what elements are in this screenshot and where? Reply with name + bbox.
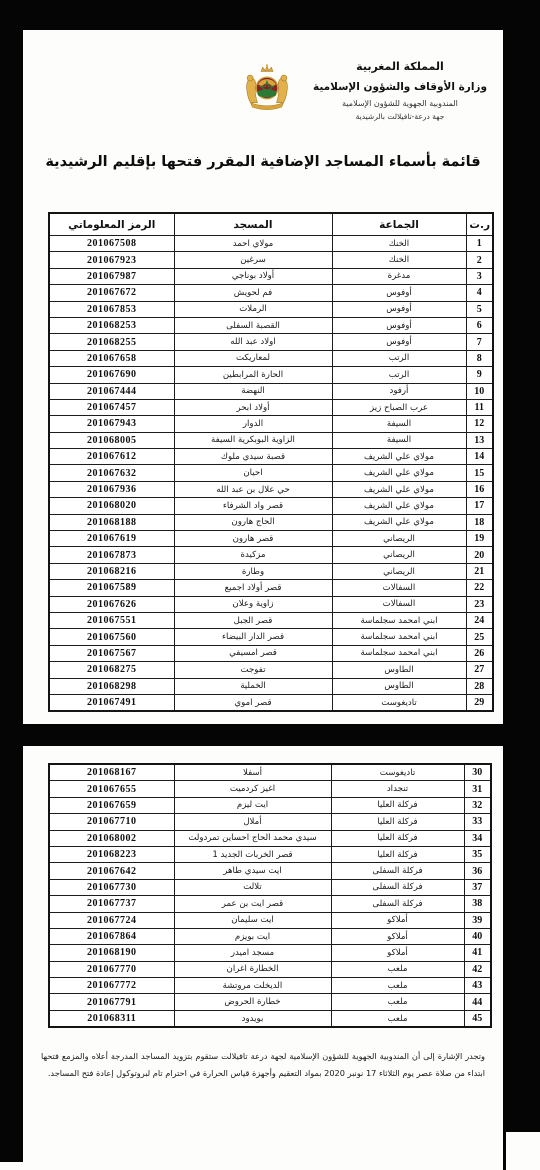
column-header-commune: الجماعة bbox=[332, 213, 466, 236]
commune-name: السفالات bbox=[332, 596, 466, 612]
commune-name: أملاكو bbox=[331, 912, 464, 928]
commune-name: السيفة bbox=[332, 432, 466, 448]
mosque-name: ايت ليزم bbox=[174, 797, 331, 813]
table-row: 20الريصانيمزكيدة201067873 bbox=[49, 547, 493, 563]
mosque-name: القصبة السفلى bbox=[174, 317, 332, 333]
commune-name: أملاكو bbox=[331, 928, 464, 944]
commune-name: مولاي علي الشريف bbox=[332, 465, 466, 481]
mosque-code: 201068190 bbox=[49, 945, 174, 961]
mosque-code: 201067655 bbox=[49, 781, 174, 797]
table-row: 17مولاي علي الشريفقصر واد الشرفاء2010680… bbox=[49, 498, 493, 514]
photo-background-corner bbox=[0, 1162, 23, 1170]
table-row: 21الريصانيوطارة201068216 bbox=[49, 563, 493, 579]
mosque-name: قصر الدار البيضاء bbox=[174, 629, 332, 645]
row-index: 27 bbox=[466, 662, 493, 678]
region-name: جهة درعة-تافيلالت بالرشيدية bbox=[291, 112, 509, 121]
row-index: 43 bbox=[464, 978, 491, 994]
mosque-name: حي علال بن عبد الله bbox=[174, 481, 332, 497]
table-row: 27الطاوستفوجت201068275 bbox=[49, 662, 493, 678]
row-index: 30 bbox=[464, 764, 491, 781]
mosque-name: أسفلا bbox=[174, 764, 331, 781]
commune-name: الريصاني bbox=[332, 531, 466, 547]
table-row: 45ملعببويدود201068311 bbox=[49, 1010, 491, 1027]
commune-name: ابني امحمد سجلماسة bbox=[332, 629, 466, 645]
commune-name: الخنك bbox=[332, 252, 466, 268]
row-index: 12 bbox=[466, 416, 493, 432]
mosque-code: 201068253 bbox=[49, 317, 174, 333]
table-row: 2الخنكسرغين201067923 bbox=[49, 252, 493, 268]
commune-name: أوفوس bbox=[332, 285, 466, 301]
row-index: 35 bbox=[464, 846, 491, 862]
mosque-code: 201067612 bbox=[49, 449, 174, 465]
mosque-name: قصر ايت بن عمر bbox=[174, 896, 331, 912]
table-row: 43ملعبالديخلت مروتشة201067772 bbox=[49, 978, 491, 994]
row-index: 38 bbox=[464, 896, 491, 912]
mosque-code: 201068188 bbox=[49, 514, 174, 530]
table-row: 13السيفةالزاوية البوبكرية السيفة20106800… bbox=[49, 432, 493, 448]
commune-name: ملعب bbox=[331, 1010, 464, 1027]
footnote-paragraph: وتجدر الإشارة إلى أن المندوبية الجهوية ل… bbox=[41, 1048, 485, 1082]
mosque-code: 201068298 bbox=[49, 678, 174, 694]
row-index: 44 bbox=[464, 994, 491, 1010]
document-page-1: المملكة المغربية وزارة الأوقاف والشؤون ا… bbox=[23, 30, 503, 724]
commune-name: فركلة السفلى bbox=[331, 879, 464, 895]
mosque-code: 201068020 bbox=[49, 498, 174, 514]
mosque-name: تفوجت bbox=[174, 662, 332, 678]
table-row: 29تاديغوستقصر اموي201067491 bbox=[49, 694, 493, 711]
row-index: 25 bbox=[466, 629, 493, 645]
mosque-name: الزاوية البوبكرية السيفة bbox=[174, 432, 332, 448]
mosque-code: 201067864 bbox=[49, 928, 174, 944]
mosque-code: 201067589 bbox=[49, 580, 174, 596]
mosques-table-page2: 30تاديغوستأسفلا20106816731تنجداداغيز كرد… bbox=[48, 763, 492, 1028]
row-index: 17 bbox=[466, 498, 493, 514]
column-header-index: ر.ت bbox=[466, 213, 493, 236]
mosque-code: 201067626 bbox=[49, 596, 174, 612]
ministry-name: وزارة الأوقاف والشؤون الإسلامية bbox=[291, 81, 509, 93]
row-index: 14 bbox=[466, 449, 493, 465]
table-row: 34فركلة العلياسيدي محمد الحاج احساين تمر… bbox=[49, 830, 491, 846]
row-index: 31 bbox=[464, 781, 491, 797]
commune-name: ابني امحمد سجلماسة bbox=[332, 645, 466, 661]
mosque-code: 201067772 bbox=[49, 978, 174, 994]
table-row: 11عرب الصباح زيزأولاد ابحر201067457 bbox=[49, 399, 493, 415]
row-index: 4 bbox=[466, 285, 493, 301]
mosque-code: 201067672 bbox=[49, 285, 174, 301]
table-row: 42ملعبالخطارة اغران201067770 bbox=[49, 961, 491, 977]
mosque-name: الدوار bbox=[174, 416, 332, 432]
letterhead: المملكة المغربية وزارة الأوقاف والشؤون ا… bbox=[291, 60, 509, 121]
mosque-name: الرملات bbox=[174, 301, 332, 317]
commune-name: الريصاني bbox=[332, 563, 466, 579]
commune-name: فركلة السفلى bbox=[331, 863, 464, 879]
scanned-document-photo: المملكة المغربية وزارة الأوقاف والشؤون ا… bbox=[0, 0, 540, 1170]
mosque-code: 201068275 bbox=[49, 662, 174, 678]
mosque-code: 201068216 bbox=[49, 563, 174, 579]
mosque-name: وطارة bbox=[174, 563, 332, 579]
commune-name: فركلة السفلى bbox=[331, 896, 464, 912]
mosque-name: ايت سيدي طاهر bbox=[174, 863, 331, 879]
row-index: 23 bbox=[466, 596, 493, 612]
mosque-code: 201067724 bbox=[49, 912, 174, 928]
row-index: 16 bbox=[466, 481, 493, 497]
mosque-name: ايت سليمان bbox=[174, 912, 331, 928]
column-header-code: الرمز المعلوماتي bbox=[49, 213, 174, 236]
commune-name: الطاوس bbox=[332, 678, 466, 694]
table-row: 25ابني امحمد سجلماسةقصر الدار البيضاء201… bbox=[49, 629, 493, 645]
row-index: 9 bbox=[466, 367, 493, 383]
commune-name: تنجداد bbox=[331, 781, 464, 797]
commune-name: فركلة العليا bbox=[331, 846, 464, 862]
table-row: 24ابني امحمد سجلماسةقصر الجبل201067551 bbox=[49, 612, 493, 628]
mosque-name: اغيز كردميت bbox=[174, 781, 331, 797]
table-row: 38فركلة السفلىقصر ايت بن عمر201067737 bbox=[49, 896, 491, 912]
column-header-mosque: المسجد bbox=[174, 213, 332, 236]
mosque-code: 201067619 bbox=[49, 531, 174, 547]
table-row: 19الريصانيقصر هارون201067619 bbox=[49, 531, 493, 547]
mosque-name: بويدود bbox=[174, 1010, 331, 1027]
delegation-name: المندوبية الجهوية للشؤون الإسلامية bbox=[291, 99, 509, 108]
moroccan-coat-of-arms-icon bbox=[241, 63, 293, 113]
mosque-code: 201067936 bbox=[49, 481, 174, 497]
commune-name: أملاكو bbox=[331, 945, 464, 961]
row-index: 41 bbox=[464, 945, 491, 961]
commune-name: الريصاني bbox=[332, 547, 466, 563]
commune-name: السفالات bbox=[332, 580, 466, 596]
mosques-table-page1: ر.ت الجماعة المسجد الرمز المعلوماتي 1الخ… bbox=[48, 212, 494, 712]
row-index: 18 bbox=[466, 514, 493, 530]
table-row: 18مولاي علي الشريفالحاج هارون201068188 bbox=[49, 514, 493, 530]
commune-name: مدغرة bbox=[332, 268, 466, 284]
table-row: 37فركلة السفلىتلالت201067730 bbox=[49, 879, 491, 895]
mosque-code: 201068311 bbox=[49, 1010, 174, 1027]
commune-name: مولاي علي الشريف bbox=[332, 449, 466, 465]
row-index: 45 bbox=[464, 1010, 491, 1027]
mosque-code: 201067853 bbox=[49, 301, 174, 317]
mosque-name: قصر واد الشرفاء bbox=[174, 498, 332, 514]
mosque-code: 201067551 bbox=[49, 612, 174, 628]
mosque-code: 201067560 bbox=[49, 629, 174, 645]
row-index: 32 bbox=[464, 797, 491, 813]
mosque-name: قصر هارون bbox=[174, 531, 332, 547]
row-index: 1 bbox=[466, 236, 493, 252]
table-row: 6أوفوسالقصبة السفلى201068253 bbox=[49, 317, 493, 333]
mosque-name: مسجد اميدر bbox=[174, 945, 331, 961]
commune-name: أوفوس bbox=[332, 317, 466, 333]
commune-name: أوفوس bbox=[332, 301, 466, 317]
mosque-code: 201067457 bbox=[49, 399, 174, 415]
commune-name: فركلة العليا bbox=[331, 797, 464, 813]
mosque-code: 201067873 bbox=[49, 547, 174, 563]
row-index: 21 bbox=[466, 563, 493, 579]
mosque-name: الخطارة اغران bbox=[174, 961, 331, 977]
table-row: 39أملاكوايت سليمان201067724 bbox=[49, 912, 491, 928]
mosque-code: 201067642 bbox=[49, 863, 174, 879]
mosque-code: 201067791 bbox=[49, 994, 174, 1010]
commune-name: ملعب bbox=[331, 994, 464, 1010]
table-row: 31تنجداداغيز كردميت201067655 bbox=[49, 781, 491, 797]
row-index: 36 bbox=[464, 863, 491, 879]
mosque-name: سرغين bbox=[174, 252, 332, 268]
commune-name: فركلة العليا bbox=[331, 814, 464, 830]
mosque-code: 201067770 bbox=[49, 961, 174, 977]
mosque-name: قصبة سيدي ملوك bbox=[174, 449, 332, 465]
commune-name: السيفة bbox=[332, 416, 466, 432]
row-index: 26 bbox=[466, 645, 493, 661]
commune-name: الرتب bbox=[332, 350, 466, 366]
table-row: 41أملاكومسجد اميدر201068190 bbox=[49, 945, 491, 961]
mosque-name: الحاج هارون bbox=[174, 514, 332, 530]
row-index: 7 bbox=[466, 334, 493, 350]
table-row: 16مولاي علي الشريفحي علال بن عبد الله201… bbox=[49, 481, 493, 497]
table-row: 36فركلة السفلىايت سيدي طاهر201067642 bbox=[49, 863, 491, 879]
row-index: 42 bbox=[464, 961, 491, 977]
table-row: 35فركلة العلياقصر الخربات الجديد 1201068… bbox=[49, 846, 491, 862]
table-row: 32فركلة العلياايت ليزم201067659 bbox=[49, 797, 491, 813]
mosque-code: 201068255 bbox=[49, 334, 174, 350]
row-index: 28 bbox=[466, 678, 493, 694]
mosque-name: اولاد عبد الله bbox=[174, 334, 332, 350]
mosque-name: فم لحويش bbox=[174, 285, 332, 301]
mosque-code: 201068005 bbox=[49, 432, 174, 448]
mosque-name: احيان bbox=[174, 465, 332, 481]
table-row: 10أرفودالنهضة201067444 bbox=[49, 383, 493, 399]
commune-name: الطاوس bbox=[332, 662, 466, 678]
mosque-name: الخملية bbox=[174, 678, 332, 694]
row-index: 15 bbox=[466, 465, 493, 481]
mosque-name: سيدي محمد الحاج احساين تمردولت bbox=[174, 830, 331, 846]
mosque-code: 201067730 bbox=[49, 879, 174, 895]
commune-name: تاديغوست bbox=[331, 764, 464, 781]
commune-name: مولاي علي الشريف bbox=[332, 514, 466, 530]
table-row: 23السفالاتزاوية وعلان201067626 bbox=[49, 596, 493, 612]
table-row: 4أوفوسفم لحويش201067672 bbox=[49, 285, 493, 301]
document-page-2: 30تاديغوستأسفلا20106816731تنجداداغيز كرد… bbox=[23, 746, 503, 1170]
table-row: 28الطاوسالخملية201068298 bbox=[49, 678, 493, 694]
mosque-name: أولاد ابحر bbox=[174, 399, 332, 415]
row-index: 40 bbox=[464, 928, 491, 944]
commune-name: الرتب bbox=[332, 367, 466, 383]
mosque-name: مولاي احمد bbox=[174, 236, 332, 252]
row-index: 2 bbox=[466, 252, 493, 268]
commune-name: عرب الصباح زيز bbox=[332, 399, 466, 415]
row-index: 33 bbox=[464, 814, 491, 830]
table-row: 8الرتبلمعاريكت201067658 bbox=[49, 350, 493, 366]
mosque-code: 201067567 bbox=[49, 645, 174, 661]
mosque-name: قصر أولاد اجميع bbox=[174, 580, 332, 596]
row-index: 29 bbox=[466, 694, 493, 711]
mosque-name: قصر اموي bbox=[174, 694, 332, 711]
row-index: 24 bbox=[466, 612, 493, 628]
mosque-code: 201068223 bbox=[49, 846, 174, 862]
commune-name: أوفوس bbox=[332, 334, 466, 350]
mosque-name: قصر امسيفي bbox=[174, 645, 332, 661]
mosque-name: النهضة bbox=[174, 383, 332, 399]
mosque-name: قصر الجبل bbox=[174, 612, 332, 628]
mosque-code: 201067943 bbox=[49, 416, 174, 432]
mosque-code: 201068002 bbox=[49, 830, 174, 846]
mosque-name: قصر الخربات الجديد 1 bbox=[174, 846, 331, 862]
row-index: 37 bbox=[464, 879, 491, 895]
mosque-code: 201067923 bbox=[49, 252, 174, 268]
mosque-name: تلالت bbox=[174, 879, 331, 895]
photo-background-corner bbox=[506, 1132, 540, 1170]
mosque-name: لمعاريكت bbox=[174, 350, 332, 366]
mosque-name: ايت بويزم bbox=[174, 928, 331, 944]
table-row: 5أوفوسالرملات201067853 bbox=[49, 301, 493, 317]
mosque-code: 201067710 bbox=[49, 814, 174, 830]
table-row: 30تاديغوستأسفلا201068167 bbox=[49, 764, 491, 781]
commune-name: فركلة العليا bbox=[331, 830, 464, 846]
mosque-code: 201067444 bbox=[49, 383, 174, 399]
mosque-code: 201067491 bbox=[49, 694, 174, 711]
mosque-name: زاوية وعلان bbox=[174, 596, 332, 612]
mosque-name: الديخلت مروتشة bbox=[174, 978, 331, 994]
row-index: 20 bbox=[466, 547, 493, 563]
table-row: 1الخنكمولاي احمد201067508 bbox=[49, 236, 493, 252]
table-row: 26ابني امحمد سجلماسةقصر امسيفي201067567 bbox=[49, 645, 493, 661]
table-row: 9الرتبالحارة المرابطين201067690 bbox=[49, 367, 493, 383]
mosque-code: 201067632 bbox=[49, 465, 174, 481]
table-row: 40أملاكوايت بويزم201067864 bbox=[49, 928, 491, 944]
row-index: 22 bbox=[466, 580, 493, 596]
row-index: 34 bbox=[464, 830, 491, 846]
table-row: 44ملعبخطارة الحروض201067791 bbox=[49, 994, 491, 1010]
commune-name: ابني امحمد سجلماسة bbox=[332, 612, 466, 628]
row-index: 6 bbox=[466, 317, 493, 333]
mosque-name: أملال bbox=[174, 814, 331, 830]
commune-name: ملعب bbox=[331, 961, 464, 977]
commune-name: أرفود bbox=[332, 383, 466, 399]
mosque-name: مزكيدة bbox=[174, 547, 332, 563]
row-index: 11 bbox=[466, 399, 493, 415]
row-index: 10 bbox=[466, 383, 493, 399]
commune-name: ملعب bbox=[331, 978, 464, 994]
table-row: 22السفالاتقصر أولاد اجميع201067589 bbox=[49, 580, 493, 596]
document-title: قائمة بأسماء المساجد الإضافية المقرر فتح… bbox=[33, 154, 493, 170]
mosque-name: خطارة الحروض bbox=[174, 994, 331, 1010]
mosque-name: أولاد بوناجي bbox=[174, 268, 332, 284]
table-row: 15مولاي علي الشريفاحيان201067632 bbox=[49, 465, 493, 481]
row-index: 13 bbox=[466, 432, 493, 448]
mosque-code: 201067659 bbox=[49, 797, 174, 813]
mosque-code: 201067987 bbox=[49, 268, 174, 284]
mosque-code: 201067690 bbox=[49, 367, 174, 383]
table-row: 7أوفوساولاد عبد الله201068255 bbox=[49, 334, 493, 350]
row-index: 5 bbox=[466, 301, 493, 317]
mosque-name: الحارة المرابطين bbox=[174, 367, 332, 383]
table-row: 3مدغرةأولاد بوناجي201067987 bbox=[49, 268, 493, 284]
row-index: 3 bbox=[466, 268, 493, 284]
commune-name: تاديغوست bbox=[332, 694, 466, 711]
table-row: 12السيفةالدوار201067943 bbox=[49, 416, 493, 432]
table-row: 33فركلة العلياأملال201067710 bbox=[49, 814, 491, 830]
commune-name: مولاي علي الشريف bbox=[332, 498, 466, 514]
mosque-code: 201068167 bbox=[49, 764, 174, 781]
row-index: 19 bbox=[466, 531, 493, 547]
table-header-row: ر.ت الجماعة المسجد الرمز المعلوماتي bbox=[49, 213, 493, 236]
mosque-code: 201067658 bbox=[49, 350, 174, 366]
table-row: 14مولاي علي الشريفقصبة سيدي ملوك20106761… bbox=[49, 449, 493, 465]
commune-name: الخنك bbox=[332, 236, 466, 252]
row-index: 39 bbox=[464, 912, 491, 928]
commune-name: مولاي علي الشريف bbox=[332, 481, 466, 497]
mosque-code: 201067508 bbox=[49, 236, 174, 252]
row-index: 8 bbox=[466, 350, 493, 366]
kingdom-name: المملكة المغربية bbox=[291, 60, 509, 73]
mosque-code: 201067737 bbox=[49, 896, 174, 912]
